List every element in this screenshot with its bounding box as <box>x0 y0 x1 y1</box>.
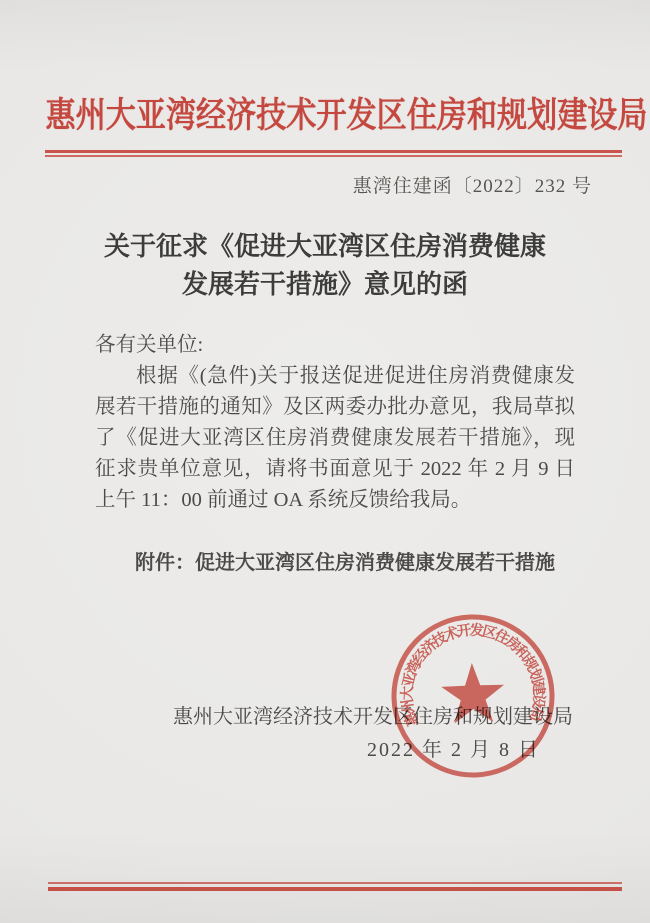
footer-divider-thick-line <box>48 887 622 891</box>
official-seal: 惠州大亚湾经济技术开发区住房和规划建设局 <box>384 607 562 785</box>
attachment-note: 附件：促进大亚湾区住房消费健康发展若干措施 <box>135 546 555 575</box>
footer-divider <box>48 882 622 891</box>
document-title-line1: 关于征求《促进大亚湾区住房消费健康 <box>0 228 650 266</box>
official-letter-document: 惠州大亚湾经济技术开发区住房和规划建设局 惠湾住建函〔2022〕232 号 关于… <box>0 0 650 923</box>
document-title: 关于征求《促进大亚湾区住房消费健康 发展若干措施》意见的函 <box>0 228 650 304</box>
letterhead-divider-thin-line <box>45 155 622 157</box>
salutation: 各有关单位: <box>95 330 575 361</box>
document-title-line2: 发展若干措施》意见的函 <box>0 266 650 304</box>
footer-divider-thin-line <box>48 882 622 884</box>
letterhead-divider <box>45 150 622 157</box>
document-number: 惠湾住建函〔2022〕232 号 <box>353 171 592 198</box>
body-paragraph: 根据《(急件)关于报送促进促进住房消费健康发展若干措施的通知》及区两委办批办意见… <box>95 361 575 516</box>
letterhead-title: 惠州大亚湾经济技术开发区住房和规划建设局 <box>46 88 605 138</box>
seal-star-icon <box>440 662 505 724</box>
letter-body: 各有关单位: 根据《(急件)关于报送促进促进住房消费健康发展若干措施的通知》及区… <box>95 330 575 516</box>
